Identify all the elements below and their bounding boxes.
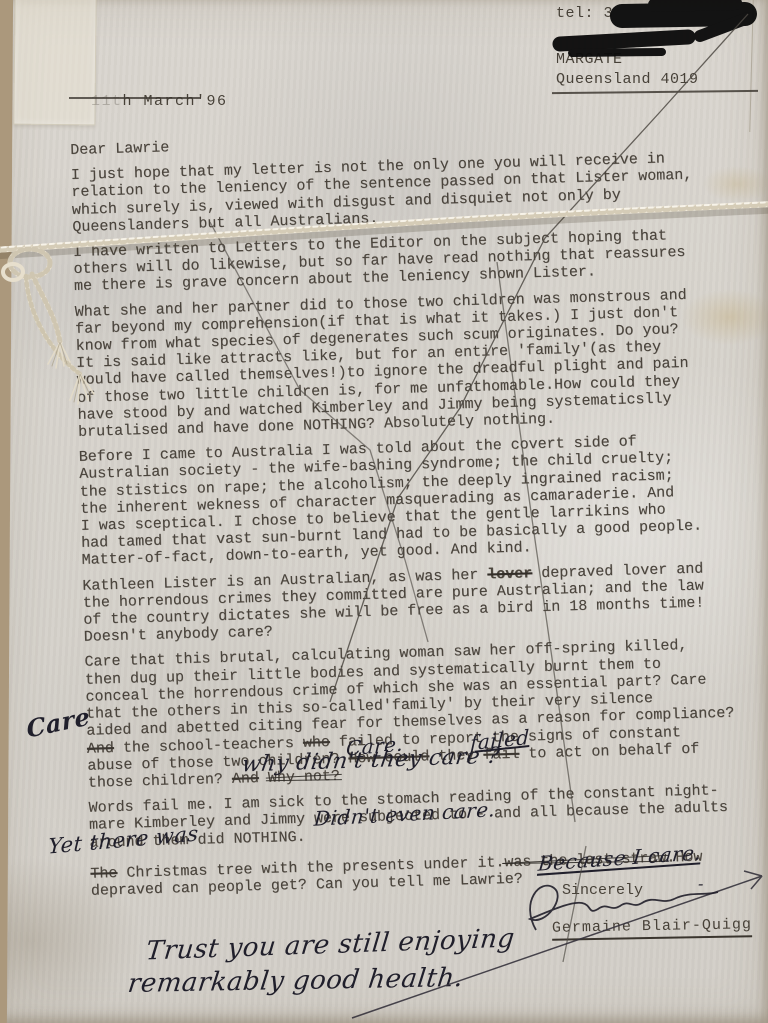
- date-faded-part: 11t: [91, 93, 123, 110]
- handwritten-postscript-line2: remarkably good health.: [126, 963, 465, 999]
- letter-body: Dear Lawrie I just hope that my letter i…: [70, 123, 768, 908]
- tel-prefix: tel: 3: [556, 5, 613, 22]
- typed-paragraphs: I just hope that my letter is not the on…: [71, 148, 768, 900]
- paragraph: Kathleen Lister is an Australian, as was…: [82, 558, 768, 646]
- paragraph: Before I came to Australia I was told ab…: [79, 430, 768, 570]
- paragraph: What she and her partner did to those tw…: [75, 284, 768, 441]
- letter-date: 11th March'96: [70, 76, 228, 110]
- date-main-part: h March'96: [123, 93, 228, 110]
- typed-text: those children?: [88, 771, 232, 792]
- struck-out-text: And: [87, 740, 114, 758]
- paragraph: I have written to Letters to the Editor …: [73, 225, 768, 296]
- date-underline: [69, 97, 201, 99]
- stray-pen-dash: -: [698, 874, 704, 893]
- photographed-letter: { "page": { "background_color": "#ab987c…: [0, 0, 768, 1023]
- sender-address: tel: 3 MARGATE Queensland 4019: [556, 4, 613, 24]
- paragraph: I just hope that my letter is not the on…: [71, 148, 767, 236]
- struck-out-text: lover: [487, 565, 532, 583]
- closing: Sincerely: [562, 882, 643, 899]
- struck-out-text: The: [90, 865, 117, 883]
- address-city: MARGATE: [556, 50, 623, 70]
- address-state-postcode: Queensland 4019: [556, 70, 699, 90]
- signature-name: Germaine Blair-Quigg: [552, 916, 752, 940]
